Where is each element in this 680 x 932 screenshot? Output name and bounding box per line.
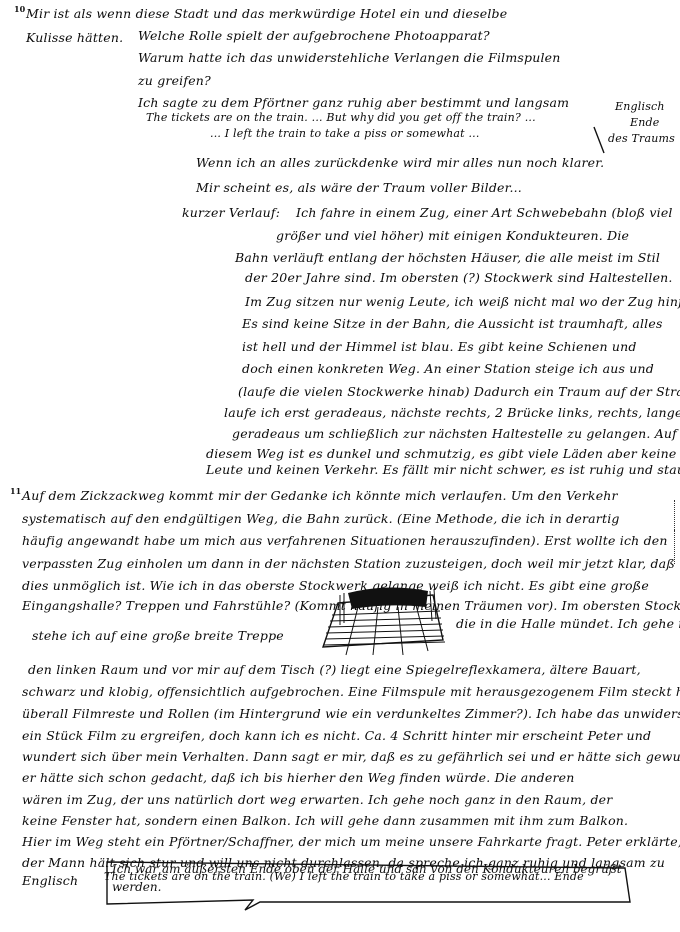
- text-line: Leute und keinen Verkehr. Es fällt mir n…: [206, 462, 680, 477]
- text-line: er hätte sich schon gedacht, daß ich bis…: [22, 770, 575, 785]
- scan-edge-artifact: [674, 530, 677, 564]
- text-line: Ich sagte zu dem Pförtner ganz ruhig abe…: [138, 95, 569, 110]
- margin-note: Englisch: [615, 100, 665, 113]
- text-line: zu greifen?: [138, 73, 211, 88]
- text-line: Auf dem Zickzackweg kommt mir der Gedank…: [22, 488, 618, 503]
- text-line-english: ... I left the train to take a piss or s…: [210, 127, 480, 140]
- text-line: wundert sich über mein Verhalten. Dann s…: [22, 749, 680, 764]
- text-line: doch einen konkreten Weg. An einer Stati…: [242, 361, 654, 376]
- text-line: Ich fahre in einem Zug, einer Art Schweb…: [296, 205, 673, 220]
- text-line: diesem Weg ist es dunkel und schmutzig, …: [206, 446, 676, 461]
- margin-note: Ende: [630, 116, 659, 129]
- page-marker: 10: [14, 4, 25, 14]
- text-line: Wenn ich an alles zurückdenke wird mir a…: [196, 155, 604, 170]
- text-line: verpassten Zug einholen um dann in der n…: [22, 556, 675, 571]
- text-line: keine Fenster hat, sondern einen Balkon.…: [22, 813, 628, 828]
- text-line: ein Stück Film zu ergreifen, doch kann i…: [22, 728, 651, 743]
- staircase-sketch: [318, 585, 453, 663]
- text-line: (laufe die vielen Stockwerke hinab) Dadu…: [238, 384, 680, 399]
- text-line: Im Zug sitzen nur wenig Leute, ich weiß …: [245, 294, 680, 309]
- callout-text: Ich war am äußersten Ende oben der Halle…: [112, 862, 622, 876]
- text-line: Mir scheint es, als wäre der Traum volle…: [196, 180, 522, 195]
- text-line: der 20er Jahre sind. Im obersten (?) Sto…: [245, 270, 673, 285]
- page-marker: 11: [10, 486, 21, 496]
- text-line: Hier im Weg steht ein Pförtner/Schaffner…: [22, 834, 680, 849]
- text-line: Kulisse hätten.: [26, 30, 123, 45]
- text-line: ist hell und der Himmel ist blau. Es gib…: [242, 339, 637, 354]
- text-line: Mir ist als wenn diese Stadt und das mer…: [26, 6, 507, 21]
- text-line: stehe ich auf eine große breite Treppe: [32, 628, 284, 643]
- text-line: Englisch: [22, 873, 78, 888]
- text-line: überall Filmreste und Rollen (im Hinterg…: [22, 706, 680, 721]
- arrow-line-icon: [590, 125, 610, 155]
- text-line: Welche Rolle spielt der aufgebrochene Ph…: [138, 28, 490, 43]
- text-line: den linken Raum und vor mir auf dem Tisc…: [28, 662, 641, 677]
- scan-edge-artifact: [674, 500, 677, 530]
- text-line: systematisch auf den endgültigen Weg, di…: [22, 511, 620, 526]
- text-line: Bahn verläuft entlang der höchsten Häuse…: [235, 250, 660, 265]
- text-line: Es sind keine Sitze in der Bahn, die Aus…: [242, 316, 663, 331]
- text-line: größer und viel höher) mit einigen Kondu…: [276, 228, 629, 243]
- text-line: laufe ich erst geradeaus, nächste rechts…: [224, 405, 680, 420]
- text-line-english: The tickets are on the train. ... But wh…: [146, 111, 536, 124]
- text-line: häufig angewandt habe um mich aus verfah…: [22, 533, 668, 548]
- text-line: wären im Zug, der uns natürlich dort weg…: [22, 792, 612, 807]
- text-line: geradeaus um schließlich zur nächsten Ha…: [232, 426, 677, 441]
- text-line: die in die Halle mündet. Ich gehe in: [456, 616, 680, 631]
- handwritten-page: 10 Mir ist als wenn diese Stadt und das …: [0, 0, 680, 932]
- text-line: kurzer Verlauf:: [182, 205, 280, 220]
- margin-note: des Traums: [608, 132, 675, 145]
- callout-text: werden.: [112, 880, 161, 894]
- text-line: schwarz und klobig, offensichtlich aufge…: [22, 684, 680, 699]
- text-line: Warum hatte ich das unwiderstehliche Ver…: [138, 50, 561, 65]
